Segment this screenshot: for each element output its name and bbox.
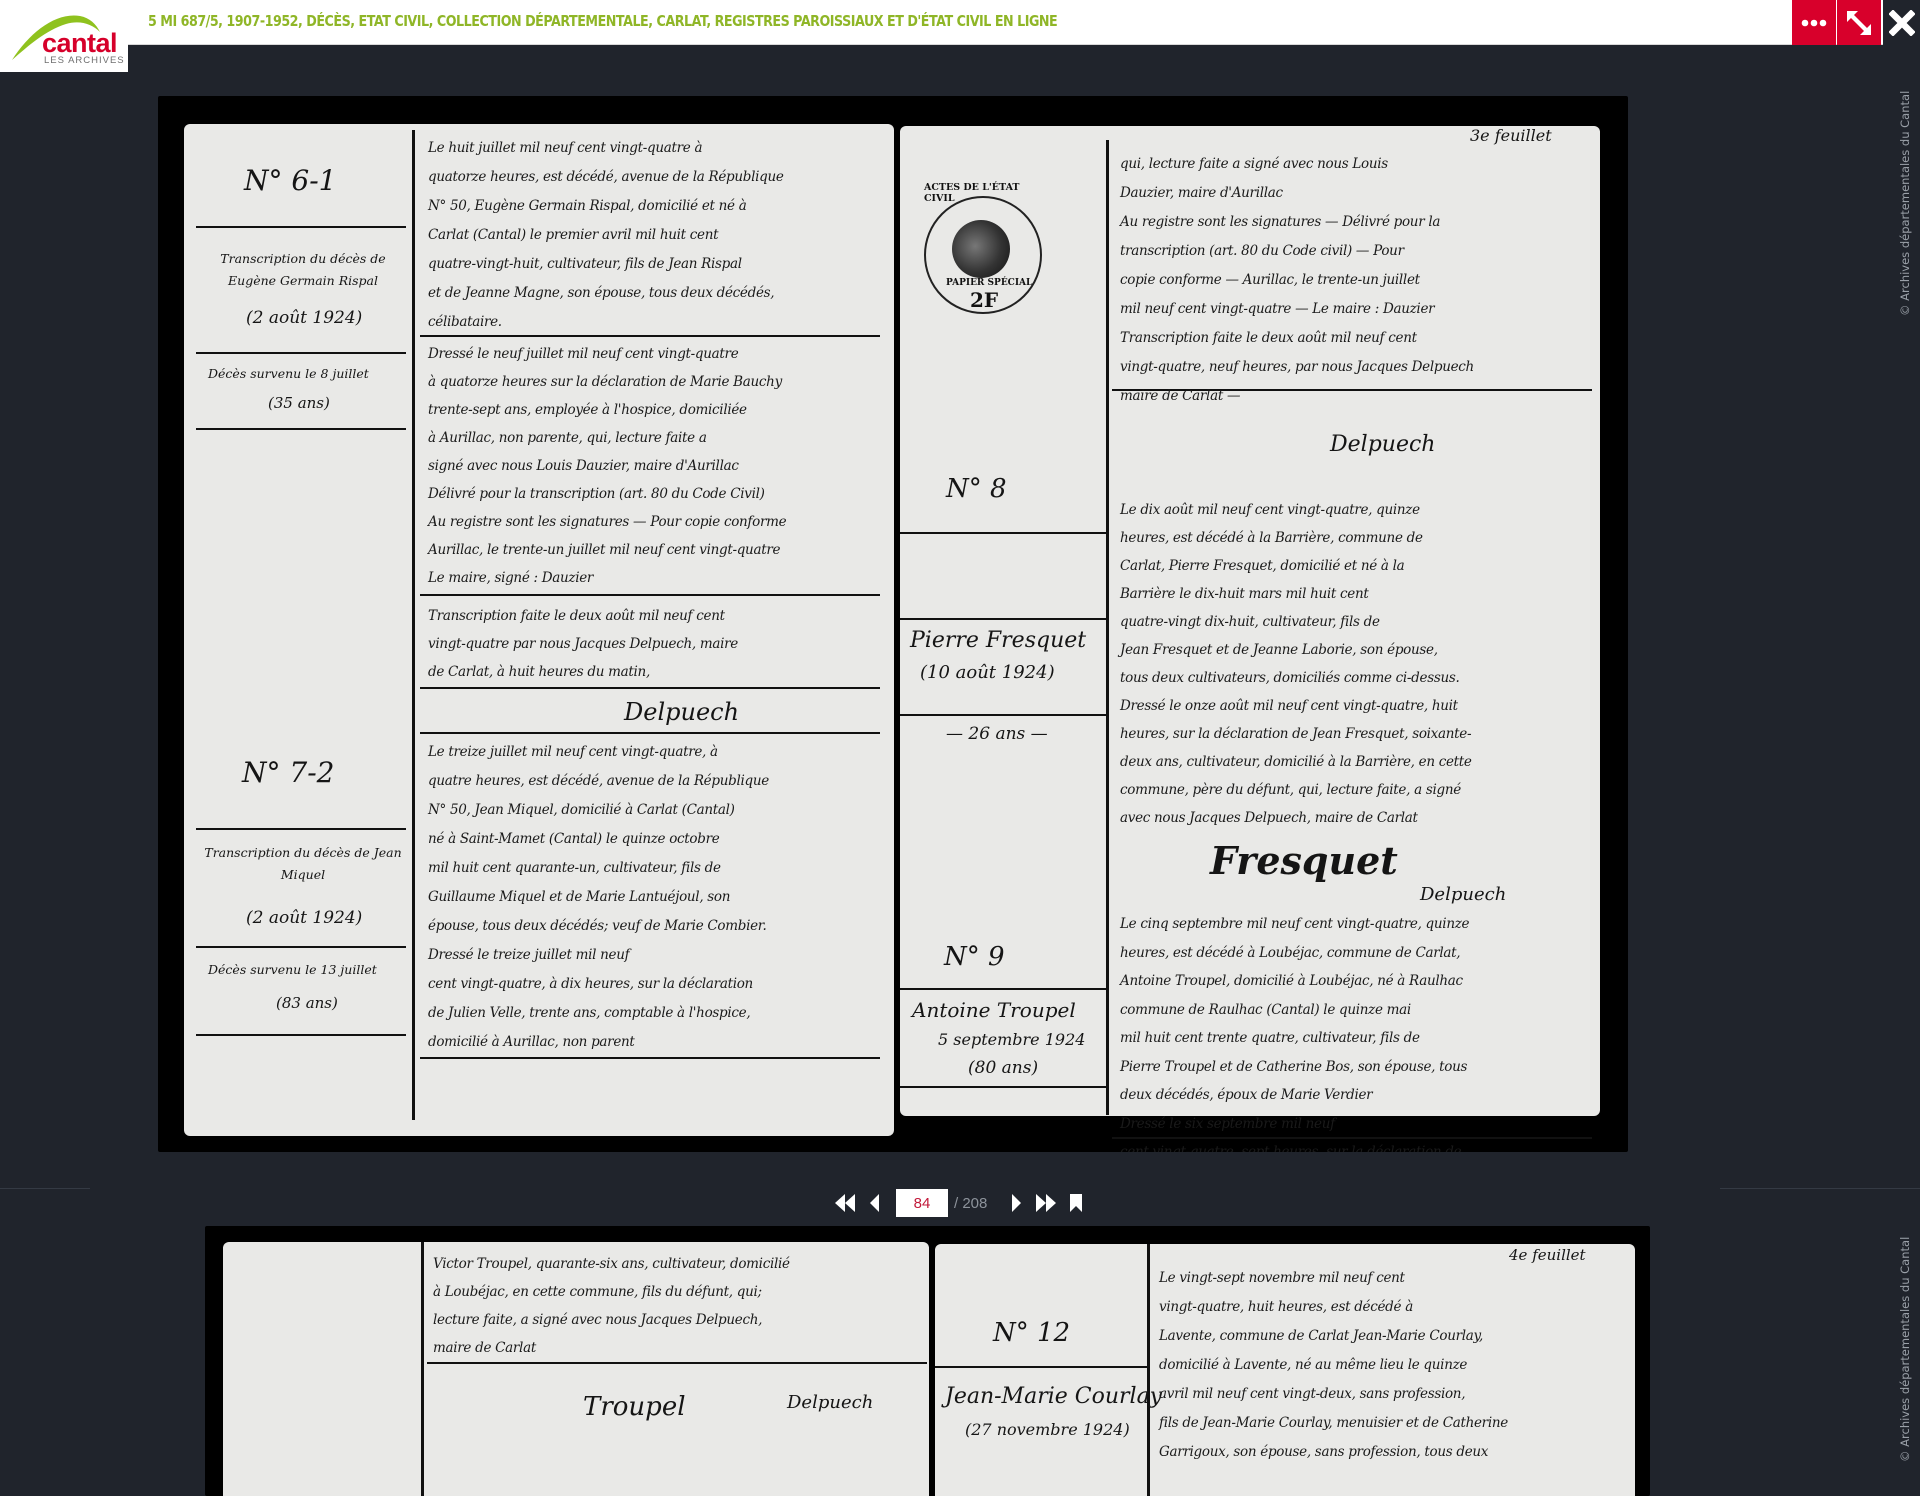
rule xyxy=(900,532,1106,534)
act-text: Le treize juillet mil neuf cent vingt-qu… xyxy=(428,738,888,1057)
close-button[interactable] xyxy=(1883,0,1920,45)
signature: Troupel xyxy=(583,1392,686,1422)
margin-rule xyxy=(421,1242,424,1485)
left-register-page: Victor Troupel, quarante-six ans, cultiv… xyxy=(223,1242,929,1485)
double-chevron-left-icon xyxy=(833,1193,857,1213)
entry-name: Antoine Troupel xyxy=(912,998,1076,1022)
stamp-ring-text: ACTES DE L'ÉTAT CIVIL xyxy=(924,182,1040,204)
entry-number: N° 7-2 xyxy=(242,756,335,789)
rule xyxy=(196,946,406,948)
rule xyxy=(196,428,406,430)
folio-note: 3e feuillet xyxy=(1470,126,1552,145)
stamp-value: 2F xyxy=(970,288,998,312)
entry-name: Jean-Marie Courlay xyxy=(945,1384,1162,1409)
fullscreen-button[interactable] xyxy=(1837,0,1881,45)
entry-number: N° 8 xyxy=(946,474,1007,504)
entry-date: (10 août 1924) xyxy=(920,662,1055,683)
right-register-page: 4e feuillet N° 12 Jean-Marie Courlay (27… xyxy=(935,1244,1635,1485)
entry-date: (2 août 1924) xyxy=(246,308,362,328)
cantal-archives-logo[interactable]: cantal LES ARCHIVES xyxy=(0,0,128,72)
rule xyxy=(900,714,1106,716)
entry-number: N° 9 xyxy=(944,942,1005,972)
previous-page-button[interactable] xyxy=(860,1189,890,1217)
rule xyxy=(420,594,880,596)
margin-rule xyxy=(1106,140,1109,1115)
entry-title: Transcription du décès de Eugène Germain… xyxy=(198,248,408,292)
copyright-notice: © Archives départementales du Cantal xyxy=(1898,1237,1912,1462)
image-viewer[interactable]: N° 6-1 Transcription du décès de Eugène … xyxy=(0,46,1920,1485)
rule xyxy=(900,618,1106,620)
act-text: Le dix août mil neuf cent vingt-quatre, … xyxy=(1120,496,1590,832)
rule xyxy=(420,732,880,734)
entry-age: (80 ans) xyxy=(968,1058,1038,1078)
close-x-icon xyxy=(1889,10,1915,36)
divider xyxy=(1720,1188,1920,1189)
rule xyxy=(196,352,406,354)
ellipsis-icon xyxy=(1801,19,1827,27)
first-page-button[interactable] xyxy=(830,1189,860,1217)
right-register-page: ACTES DE L'ÉTAT CIVIL PAPIER SPÉCIAL 2F … xyxy=(900,126,1600,1116)
stamp-label: PAPIER SPÉCIAL xyxy=(946,278,1032,288)
divider xyxy=(0,1188,90,1189)
rule xyxy=(420,1057,880,1059)
entry-note: Décès survenu le 8 juillet xyxy=(208,366,369,381)
act-text: Le huit juillet mil neuf cent vingt-quat… xyxy=(428,134,888,337)
register-scan-page-84[interactable]: N° 6-1 Transcription du décès de Eugène … xyxy=(158,96,1628,1152)
logo-subtitle: LES ARCHIVES xyxy=(44,55,125,66)
rule xyxy=(427,1362,927,1364)
tax-stamp: ACTES DE L'ÉTAT CIVIL PAPIER SPÉCIAL 2F xyxy=(924,196,1042,314)
double-chevron-right-icon xyxy=(1034,1193,1058,1213)
margin-rule xyxy=(412,130,415,1120)
left-register-page: N° 6-1 Transcription du décès de Eugène … xyxy=(184,124,894,1136)
page-number-input[interactable] xyxy=(896,1189,948,1217)
rule xyxy=(935,1366,1147,1368)
next-page-button[interactable] xyxy=(1001,1189,1031,1217)
signature: Fresquet xyxy=(1210,838,1398,883)
copyright-notice: © Archives départementales du Cantal xyxy=(1898,91,1912,316)
signature: Delpuech xyxy=(1330,432,1435,457)
document-title: 5 MI 687/5, 1907-1952, DÉCÈS, ETAT CIVIL… xyxy=(148,12,1057,30)
rule xyxy=(900,1086,1106,1088)
act-text: Transcription faite le deux août mil neu… xyxy=(428,602,888,686)
act-text: Dressé le neuf juillet mil neuf cent vin… xyxy=(428,340,888,592)
rule xyxy=(900,988,1106,990)
entry-number: N° 12 xyxy=(993,1318,1070,1348)
bookmark-icon xyxy=(1069,1193,1083,1213)
register-scan-page-85[interactable]: Victor Troupel, quarante-six ans, cultiv… xyxy=(205,1226,1650,1485)
margin-rule xyxy=(1147,1244,1150,1485)
expand-arrows-icon xyxy=(1844,8,1874,38)
last-page-button[interactable] xyxy=(1031,1189,1061,1217)
act-text: qui, lecture faite a signé avec nous Lou… xyxy=(1120,150,1590,411)
bookmark-button[interactable] xyxy=(1061,1189,1091,1217)
entry-date: 5 septembre 1924 xyxy=(938,1030,1085,1049)
entry-age: (35 ans) xyxy=(268,394,330,412)
top-bar: 5 MI 687/5, 1907-1952, DÉCÈS, ETAT CIVIL… xyxy=(0,0,1920,45)
entry-name: Pierre Fresquet xyxy=(910,628,1086,653)
entry-date: (2 août 1924) xyxy=(246,908,362,928)
act-text: Le cinq septembre mil neuf cent vingt-qu… xyxy=(1120,910,1590,1152)
more-options-button[interactable] xyxy=(1792,0,1836,45)
page-total: / 208 xyxy=(954,1195,987,1212)
folio-note: 4e feuillet xyxy=(1509,1246,1586,1264)
chevron-right-icon xyxy=(1009,1193,1023,1213)
entry-date: (27 novembre 1924) xyxy=(965,1420,1130,1439)
signature: Delpuech xyxy=(787,1392,873,1413)
entry-age: — 26 ans — xyxy=(946,724,1048,744)
signature: Delpuech xyxy=(1420,884,1506,905)
rule xyxy=(196,1034,406,1036)
rule xyxy=(420,687,880,689)
chevron-left-icon xyxy=(868,1193,882,1213)
signature: Delpuech xyxy=(624,698,739,726)
act-text: Victor Troupel, quarante-six ans, cultiv… xyxy=(433,1250,923,1362)
pagination-bar: / 208 xyxy=(830,1189,1091,1217)
marianne-head-icon xyxy=(952,220,1010,278)
entry-number: N° 6-1 xyxy=(244,164,337,197)
entry-age: (83 ans) xyxy=(276,994,338,1012)
rule xyxy=(196,226,406,228)
rule xyxy=(196,828,406,830)
entry-title: Transcription du décès de Jean Miquel xyxy=(198,842,408,886)
entry-note: Décès survenu le 13 juillet xyxy=(208,962,377,977)
act-text: Le vingt-sept novembre mil neuf cent vin… xyxy=(1159,1264,1629,1467)
